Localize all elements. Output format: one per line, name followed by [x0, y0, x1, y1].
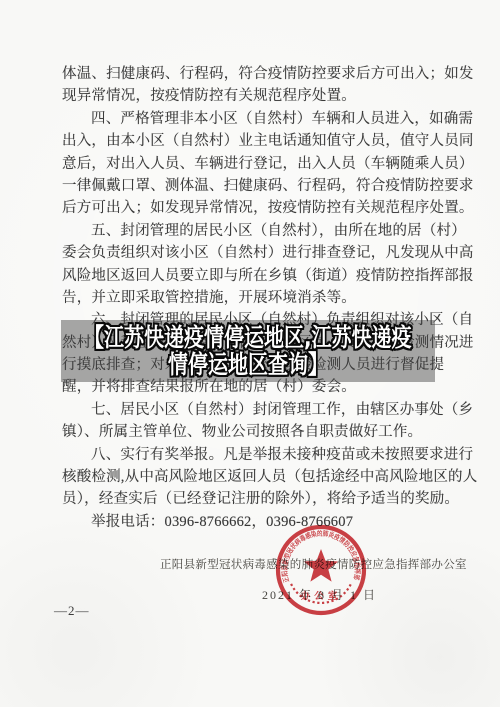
body-text-line: 委会负责组织对该小区（自然村）进行排查登记，凡发现从中高 — [62, 242, 470, 264]
body-text-line: 镇）、所属主管单位、物业公司按照各自职责做好工作。 — [62, 421, 470, 443]
seal-office-text: 办公室 — [301, 590, 342, 602]
page-number: —2— — [54, 603, 90, 619]
body-text-line: 告，并立即采取管控措施，开展环境消杀等。 — [62, 287, 470, 309]
body-text-line: 现异常情况，按疫情防控有关规范程序处置。 — [62, 85, 470, 107]
caption-line-2: 情停运地区查询】 — [168, 351, 328, 378]
scanned-document-page: 体温、扫健康码、行程码，符合疫情防控要求后方可出入；如发现异常情况，按疫情防控有… — [0, 0, 500, 707]
body-text-line: 后方可出入；如发现异常情况，按疫情防控有关规范程序处置。 — [62, 197, 470, 219]
body-text-line: 风险地区返回人员要立即与所在乡镇（街道）疫情防控指挥部报 — [62, 265, 470, 287]
body-text-line: 八、实行有奖举报。凡是举报未接种疫苗或未按照要求进行 — [62, 444, 470, 466]
official-seal: 正阳县新型冠状病毒感染的肺炎疫情防控应急指挥部 办公室 — [261, 510, 381, 630]
body-text-line: 意后，对出入人员、车辆进行登记，出入人员（车辆随乘人员） — [62, 153, 470, 175]
body-text-line: 体温、扫健康码、行程码，符合疫情防控要求后方可出入；如发 — [62, 63, 470, 85]
body-text-line: 核酸检测,从中高风险地区返回人员（包括途经中高风险地区的人 — [62, 466, 470, 488]
body-text-line: 五、封闭管理的居民小区（自然村），由所在地的居（村） — [62, 220, 470, 242]
body-text-line: 一律佩戴口罩、测体温、扫健康码、行程码，符合疫情防控要求 — [62, 175, 470, 197]
document-body: 体温、扫健康码、行程码，符合疫情防控要求后方可出入；如发现异常情况，按疫情防控有… — [62, 63, 470, 533]
body-text-line: 出入，由本小区（自然村）业主电话通知值守人员，值守人员同 — [62, 130, 470, 152]
caption-line-1: 【江苏快递疫情停运地区,江苏快递疫 — [84, 324, 412, 351]
seal-star-icon — [304, 549, 338, 582]
overlay-caption-banner: 【江苏快递疫情停运地区,江苏快递疫 情停运地区查询】 — [61, 320, 435, 382]
body-text-line: 四、严格管理非本小区（自然村）车辆和人员进入，如确需 — [62, 108, 470, 130]
body-text-line: 员），经查实后（已经登记注册的除外），将给予适当的奖励。 — [62, 488, 470, 510]
body-text-line: 七、居民小区（自然村）封闭管理工作，由辖区办事处（乡 — [62, 399, 470, 421]
